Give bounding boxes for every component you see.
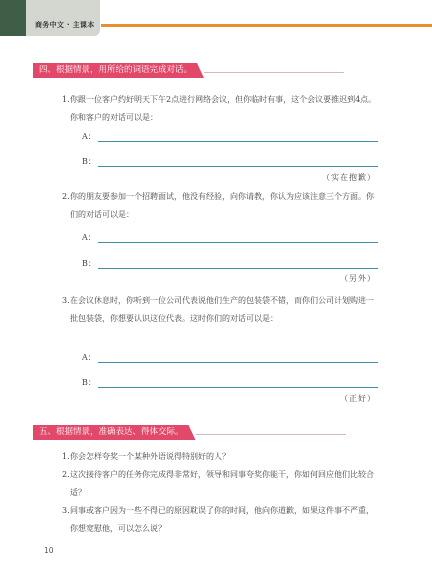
blank-line[interactable] [98,141,378,142]
question-text: 你会怎样夸奖一个某种外语说得特别好的人？ [70,452,230,461]
page-header: 商务中文 · 主课本 [0,0,432,36]
section-5-question-1: 1. 你会怎样夸奖一个某种外语说得特别好的人？ [70,448,378,466]
section-4-question-1: 1. 你跟一位客户约好明天下午2点进行网络会议，但你临时有事，这个会议要推迟到4… [70,91,378,127]
answer-line-b[interactable]: B： [82,258,378,270]
header-orange-rule [101,24,432,27]
keyword-hint: （正好） [340,393,376,404]
question-text: 你跟一位客户约好明天下午2点进行网络会议，但你临时有事，这个会议要推迟到4点。你… [70,95,376,122]
section-4-question-3: 3. 在会议休息时，你听到一位公司代表说他们生产的包装袋不错，而你们公司计划购进… [70,292,378,328]
section-4-heading: 四、根据情景，用所给的词语完成对话。 [33,63,378,78]
question-text: 同事或客户因为一些不得已的原因耽误了你的时间，他向你道歉，如果这件事不严重，你想… [70,506,374,533]
answer-line-b[interactable]: B： [82,156,378,168]
section-4-title: 四、根据情景，用所给的词语完成对话。 [33,63,204,78]
blank-line[interactable] [98,387,378,388]
answer-line-a[interactable]: A： [82,232,378,244]
section-5-rule [196,434,346,435]
section-5-question-2: 2. 这次接待客户的任务你完成得非常好，领导和同事夸奖你能干，你如何回应他们比较… [70,466,378,502]
book-title: 商务中文 · 主课本 [35,20,95,30]
blank-line[interactable] [98,166,378,167]
section-4-question-2: 2. 你的朋友要参加一个招聘面试，他没有经验，向你请教，你认为应该注意三个方面。… [70,188,378,224]
section-5-question-3: 3. 同事或客户因为一些不得已的原因耽误了你的时间，他向你道歉，如果这件事不严重… [70,502,378,538]
question-text: 这次接待客户的任务你完成得非常好，领导和同事夸奖你能干，你如何回应他们比较合适？ [70,470,374,497]
blank-line[interactable] [98,362,378,363]
question-text: 在会议休息时，你听到一位公司代表说他们生产的包装袋不错，而你们公司计划购进一批包… [70,296,374,323]
blank-line[interactable] [98,242,378,243]
answer-line-b[interactable]: B： [82,377,378,389]
question-text: 你的朋友要参加一个招聘面试，他没有经验，向你请教，你认为应该注意三个方面。你们的… [70,192,374,219]
answer-line-a[interactable]: A： [82,352,378,364]
answer-line-a[interactable]: A： [82,131,378,143]
section-5-title: 五、根据情景，准确表达、得体交际。 [33,425,196,440]
blank-line[interactable] [98,268,378,269]
section-4-rule [204,72,344,73]
keyword-hint: （实在抱歉） [322,172,376,183]
header-title-block [26,0,100,36]
header-green-block [0,0,26,36]
keyword-hint: （另外） [340,273,376,284]
section-5-heading: 五、根据情景，准确表达、得体交际。 [33,425,378,440]
page-number: 10 [44,546,54,555]
